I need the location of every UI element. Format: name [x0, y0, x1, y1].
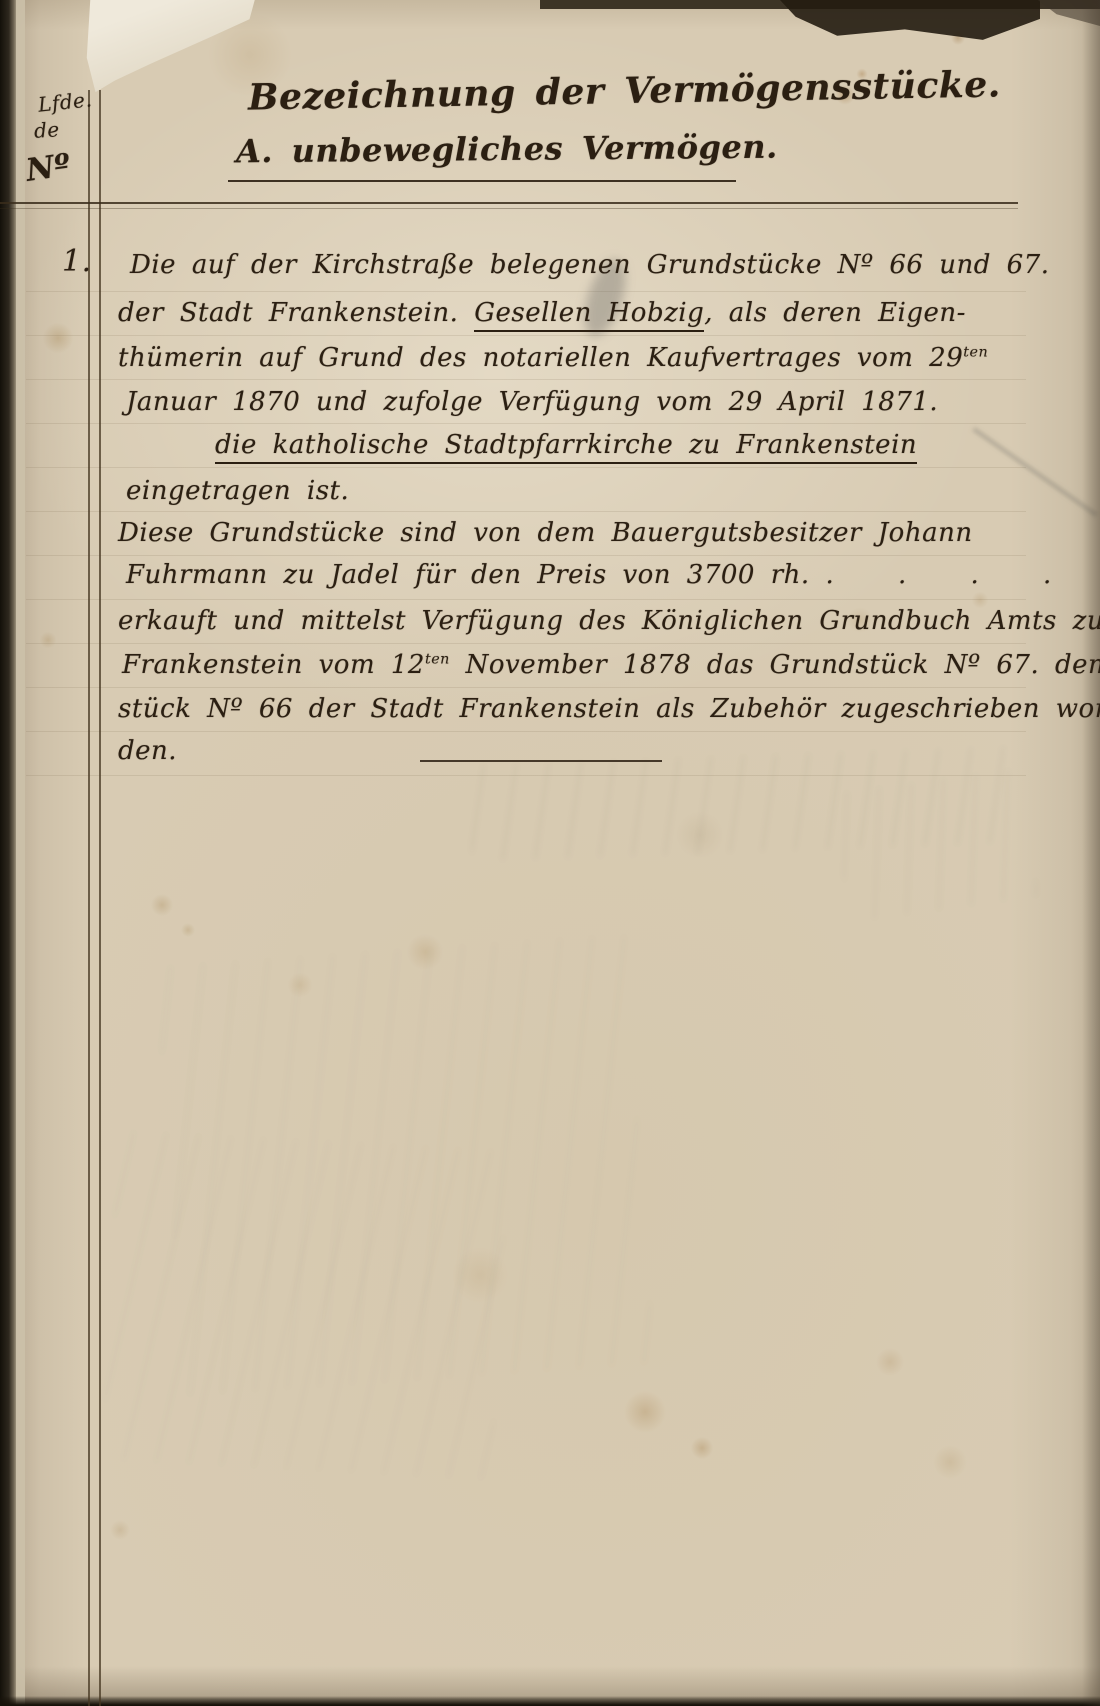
- manuscript-page: Lfde. de Nº 1. Bezeichnung der Vermögens…: [0, 0, 1100, 1706]
- entry-text: Diese Grundstücke sind von dem Bauerguts…: [118, 518, 973, 548]
- entry-text-line: Die auf der Kirchstraße belegenen Grunds…: [130, 250, 1049, 280]
- margin-header-abbrev: de: [33, 117, 60, 143]
- ordinal-superscript: ten: [425, 651, 450, 667]
- ink-bleedthrough: [156, 934, 655, 1396]
- margin-column-rule: [88, 90, 90, 1706]
- entry-text-line: erkauft und mittelst Verfügung des König…: [118, 606, 1100, 636]
- entry-text: den.: [118, 736, 177, 766]
- ordinal-superscript: ten: [963, 344, 988, 360]
- header-separator-rule: [0, 202, 1018, 204]
- entry-text: stück Nº 66 der Stadt Frankenstein als Z…: [118, 694, 1100, 724]
- entry-text: , als deren Eigen-: [704, 298, 966, 328]
- entry-text-line: Frankenstein vom 12ten November 1878 das…: [122, 650, 1100, 680]
- ink-bleedthrough: [832, 767, 1038, 922]
- entry-text: Die auf der Kirchstraße belegenen Grunds…: [130, 250, 1049, 280]
- entry-text-line: der Stadt Frankenstein. Gesellen Hobzig,…: [118, 298, 966, 328]
- entry-text: der Stadt Frankenstein.: [118, 298, 474, 328]
- page-subtitle: A. unbewegliches Vermögen.: [236, 128, 778, 171]
- page-title: Bezeichnung der Vermögensstücke.: [248, 63, 1001, 118]
- entry-text-line: Januar 1870 und zufolge Verfügung vom 29…: [126, 387, 938, 417]
- entry-text: eingetragen ist.: [126, 476, 349, 506]
- bottom-page-edge: [0, 1696, 1100, 1706]
- underlined-owner-name: Gesellen Hobzig: [474, 298, 704, 332]
- margin-column-rule: [99, 90, 101, 1706]
- entry-text: November 1878 das Grundstück Nº 67. dem …: [450, 650, 1100, 680]
- underlined-church-name: die katholische Stadtpfarrkirche zu Fran…: [215, 430, 917, 464]
- margin-number-label: Nº: [24, 147, 73, 189]
- entry-text-line: Diese Grundstücke sind von dem Bauerguts…: [118, 518, 973, 548]
- entry-text: thümerin auf Grund des notariellen Kaufv…: [118, 343, 963, 373]
- ink-bleedthrough: [102, 1130, 509, 1480]
- top-right-dark-corner: [780, 0, 1040, 42]
- entry-text-line: die katholische Stadtpfarrkirche zu Fran…: [215, 430, 917, 460]
- entry-text: erkauft und mittelst Verfügung des König…: [118, 606, 1100, 636]
- subtitle-underline: [228, 180, 736, 182]
- filler-dots: . . . .: [825, 560, 1053, 590]
- entry-closing-rule: [420, 760, 662, 762]
- entry-text-line: Fuhrmann zu Jadel für den Preis von 3700…: [126, 560, 1053, 590]
- right-page-edge: [1082, 0, 1100, 1706]
- binding-edge: [0, 0, 16, 1706]
- paper-edge-strip: [16, 0, 25, 1706]
- entry-text-line: den.: [118, 736, 177, 766]
- entry-number: 1.: [62, 244, 92, 279]
- margin-header-abbrev: Lfde.: [37, 87, 93, 117]
- entry-text: Januar 1870 und zufolge Verfügung vom 29…: [126, 387, 938, 417]
- entry-text: Fuhrmann zu Jadel für den Preis von 3700…: [126, 560, 810, 590]
- entry-text-line: eingetragen ist.: [126, 476, 349, 506]
- header-separator-rule: [0, 208, 1018, 209]
- entry-text-line: stück Nº 66 der Stadt Frankenstein als Z…: [118, 694, 1100, 724]
- entry-text-line: thümerin auf Grund des notariellen Kaufv…: [118, 343, 988, 373]
- entry-text: Frankenstein vom 12: [122, 650, 425, 680]
- torn-paper-corner: [85, 0, 260, 96]
